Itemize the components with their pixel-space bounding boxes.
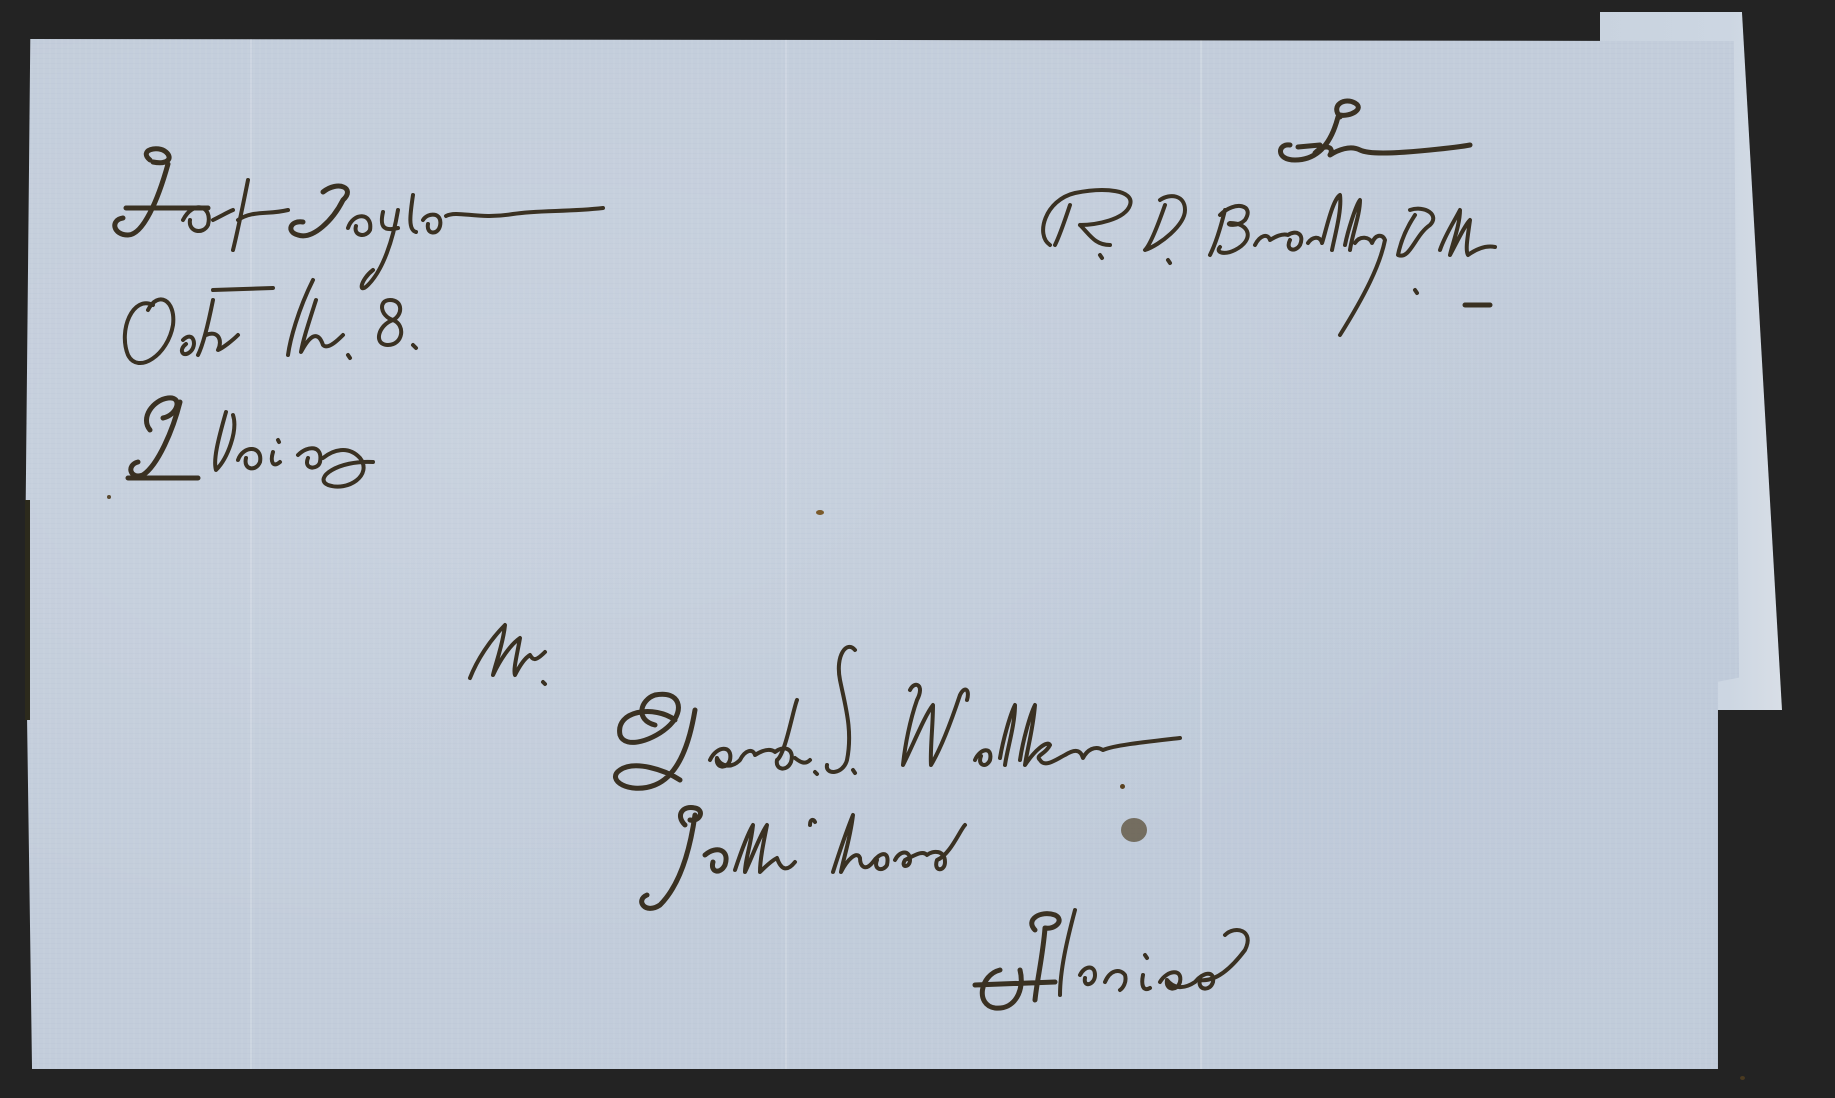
frank-handwriting xyxy=(1020,95,1820,355)
address-handwriting xyxy=(455,610,1755,1040)
paper-speck xyxy=(816,510,824,515)
paper-speck xyxy=(1740,1076,1745,1080)
postmaster-frank: Free R. D. Bradley P.M. xyxy=(1020,95,1820,355)
dateline-handwriting xyxy=(98,140,738,440)
sheet-edge xyxy=(25,500,30,720)
dateline: Fort Taylor Oct th. 8. Florida xyxy=(98,140,738,440)
recipient-address: Mr. David S. Walker Tallahassee Florida xyxy=(455,610,1755,1040)
paper-speck xyxy=(107,495,111,499)
letter-scan: Fort Taylor Oct th. 8. Florida Free R. D… xyxy=(0,0,1835,1098)
